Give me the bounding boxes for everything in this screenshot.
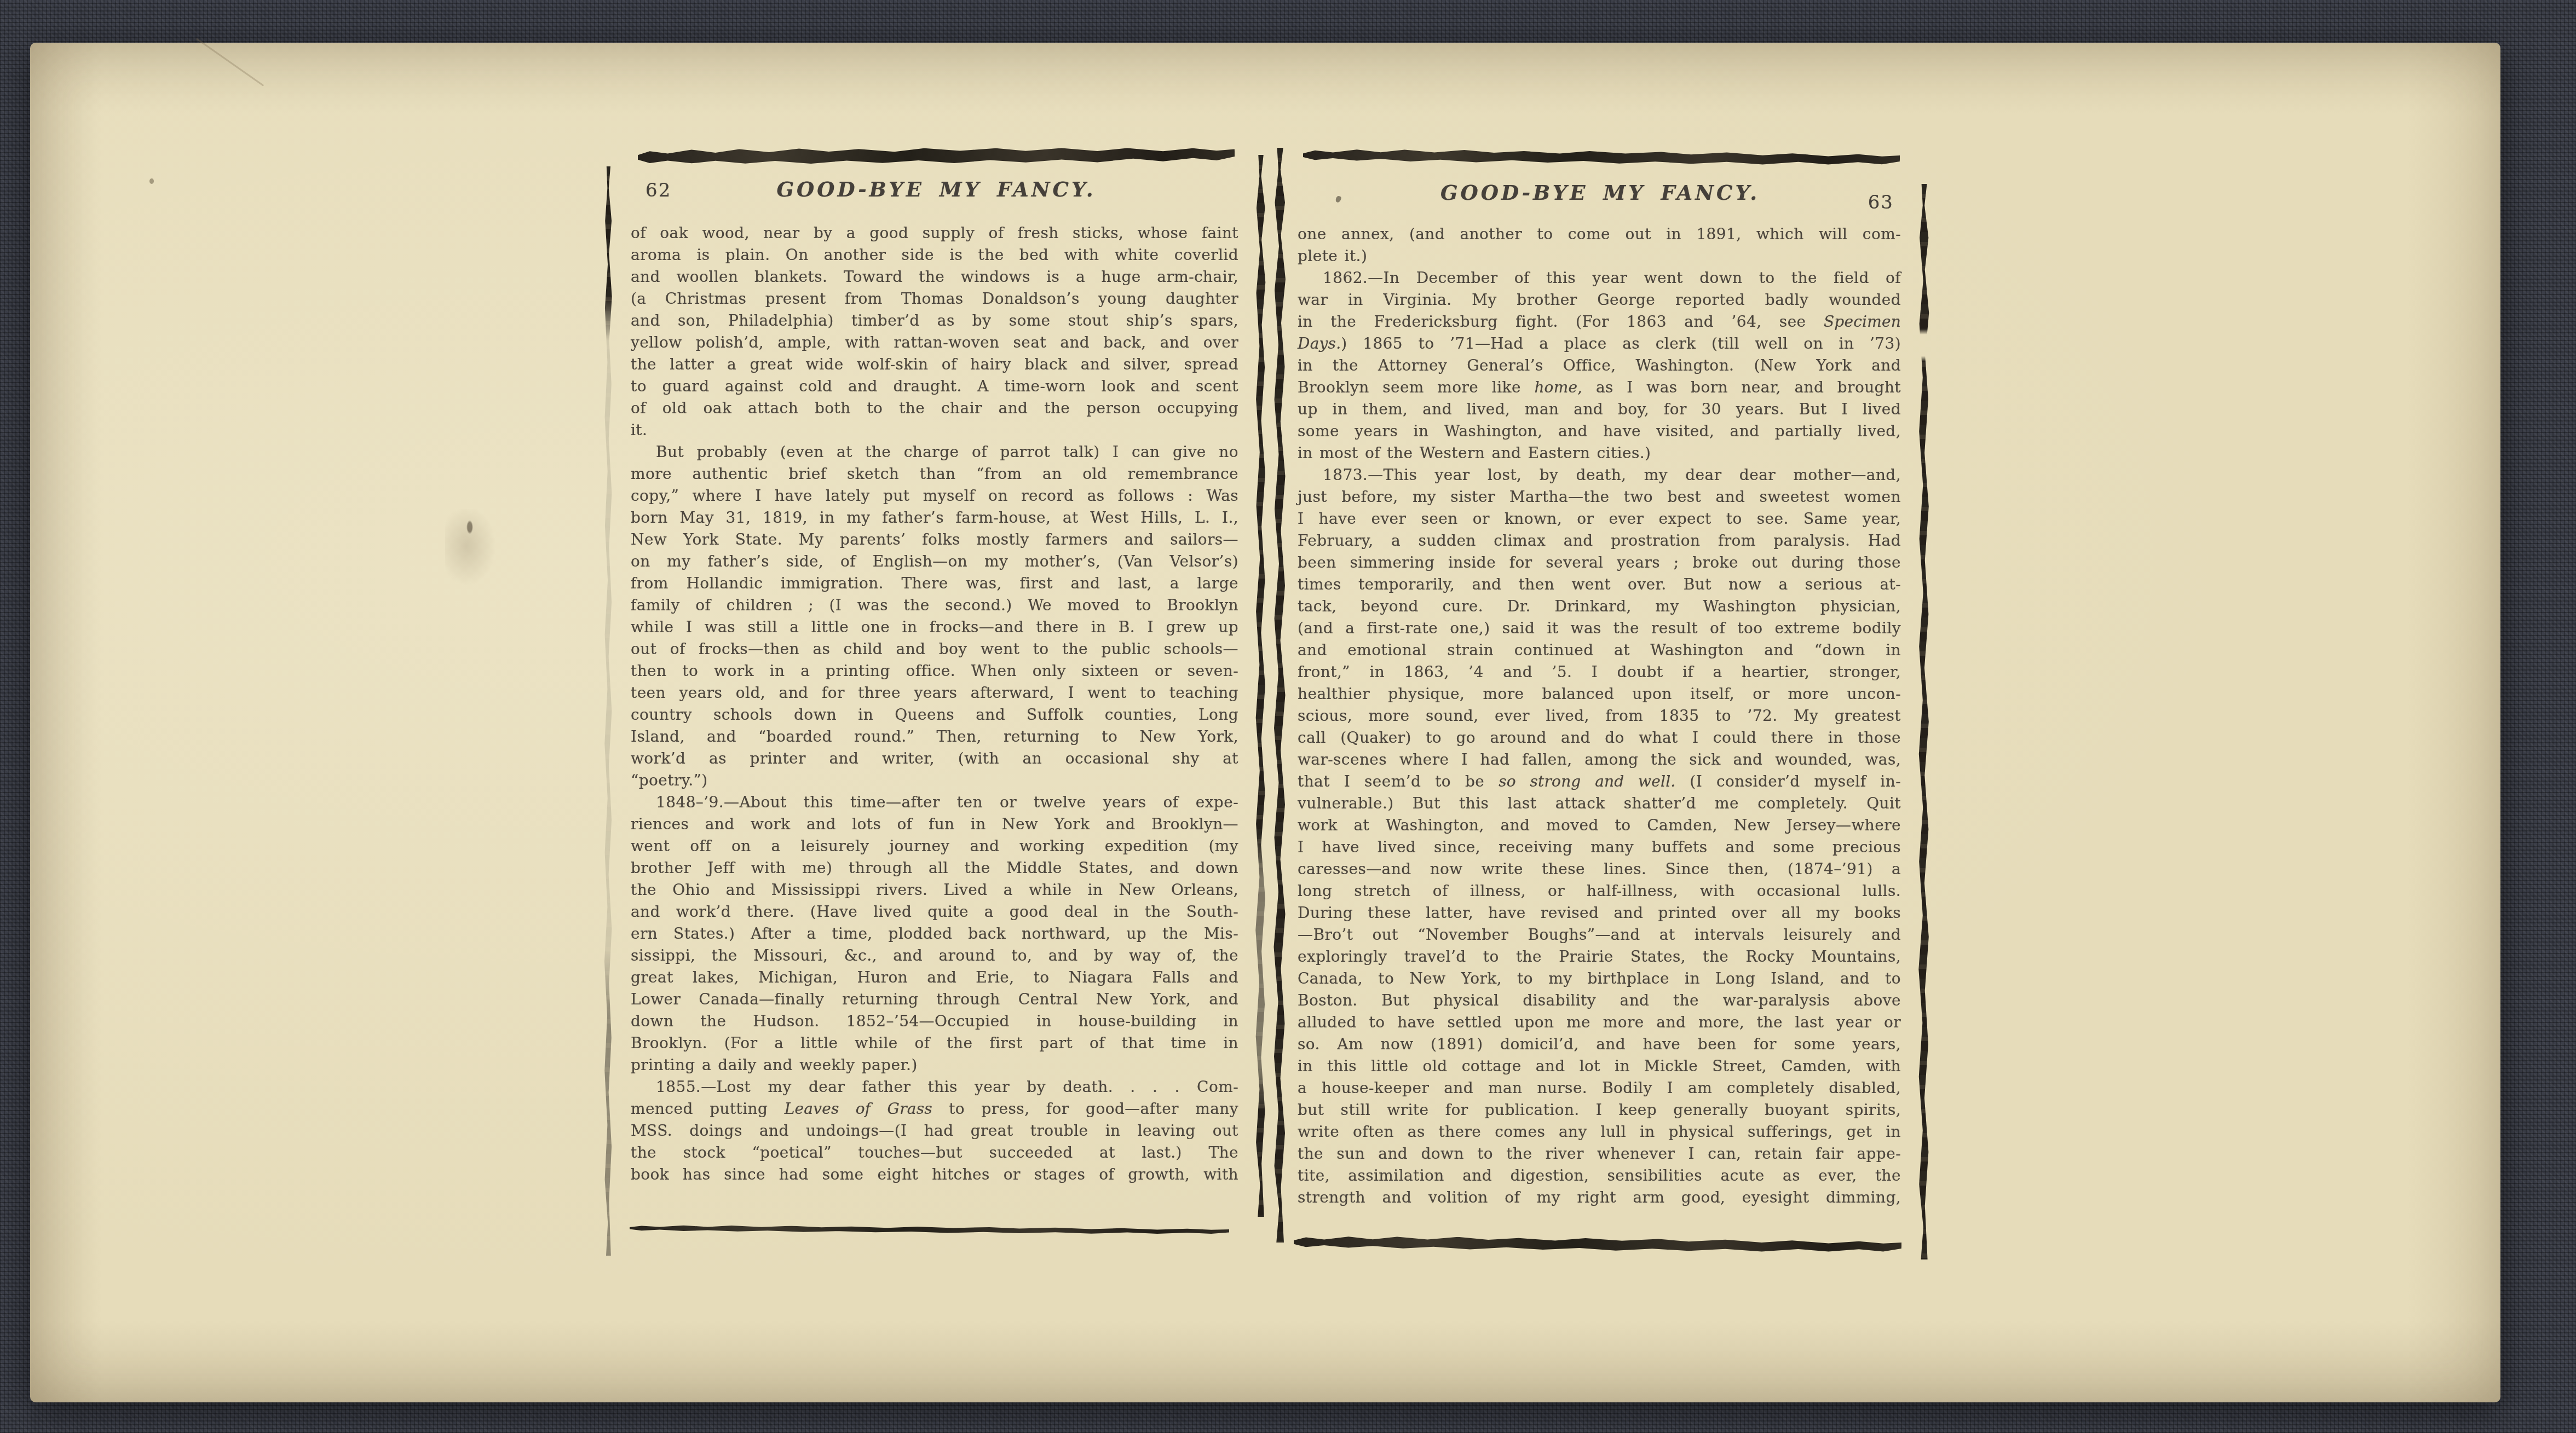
text-line: copy,” where I have lately put myself on… [631,485,1238,507]
text-line: I have lived since, receiving many buffe… [1298,836,1901,858]
text-line: times temporarily, and then went over. B… [1298,574,1901,596]
text-line: (a Christmas present from Thomas Donalds… [631,288,1238,310]
text-line: and work’d there. (Have lived quite a go… [631,901,1238,923]
text-line: Canada, to New York, to my birthplace in… [1298,968,1901,990]
right-page-header: GOOD-BYE MY FANCY. 63 [1303,181,1897,209]
text-line: down the Hudson. 1852–’54—Occupied in ho… [631,1010,1238,1032]
left-page-header: 62 GOOD-BYE MY FANCY. [638,177,1235,206]
running-title-left: GOOD-BYE MY FANCY. [638,177,1235,201]
text-line: front,” in 1863, ’4 and ’5. I doubt if a… [1298,661,1901,683]
text-line: tack, beyond cure. Dr. Drinkard, my Wash… [1298,596,1901,617]
text-line: I have ever seen or known, or ever expec… [1298,508,1901,530]
text-line: just before, my sister Martha—the two be… [1298,486,1901,508]
text-line: Days.) 1865 to ’71—Had a place as clerk … [1298,333,1901,355]
text-line: went off on a leisurely journey and work… [631,835,1238,857]
text-line: of old oak attach both to the chair and … [631,397,1238,419]
text-line: more authentic brief sketch than “from a… [631,463,1238,485]
text-line: up in them, and lived, man and boy, for … [1298,398,1901,420]
text-line: been simmering inside for several years … [1298,552,1901,574]
text-line: scious, more sound, ever lived, from 183… [1298,705,1901,727]
text-line: war-scenes where I had fallen, among the… [1298,749,1901,771]
text-line: one annex, (and another to come out in 1… [1298,223,1901,245]
bottom-rule-left [630,1224,1229,1235]
running-title-right: GOOD-BYE MY FANCY. [1303,181,1897,205]
text-line: while I was still a little one in frocks… [631,616,1238,638]
text-line: and woollen blankets. Toward the windows… [631,266,1238,288]
paper-dimple [445,509,500,591]
text-line: in this little old cottage and lot in Mi… [1298,1055,1901,1077]
text-line: great lakes, Michigan, Huron and Erie, t… [631,967,1238,989]
text-line: MSS. doings and undoings—(I had great tr… [631,1120,1238,1142]
text-line: some years in Washington, and have visit… [1298,420,1901,442]
page-number-left: 62 [646,180,671,201]
text-line: then to work in a printing office. When … [631,660,1238,682]
text-line: February, a sudden climax and prostratio… [1298,530,1901,552]
text-line: menced putting Leaves of Grass to press,… [631,1098,1238,1120]
text-line: 1848–’9.—About this time—after ten or tw… [631,791,1238,813]
ornamental-top-rule-right [1303,147,1900,167]
text-line: yellow polish’d, ample, with rattan-wove… [631,332,1238,354]
text-line: plete it.) [1298,245,1901,267]
text-line: in the Attorney General’s Office, Washin… [1298,355,1901,377]
text-line: Lower Canada—finally returning through C… [631,989,1238,1010]
text-line: write often as there comes any lull in p… [1298,1121,1901,1143]
text-line: New York State. My parents’ folks mostly… [631,529,1238,551]
text-line: in most of the Western and Eastern citie… [1298,442,1901,464]
text-line: vulnerable.) But this last attack shatte… [1298,793,1901,814]
ornamental-top-rule-left [638,146,1235,165]
bottom-rule-right [1294,1234,1901,1254]
text-line: of oak wood, near by a good supply of fr… [631,222,1238,244]
text-line: “poetry.”) [631,770,1238,791]
text-line: healthier physique, more balanced upon i… [1298,683,1901,705]
scanned-book-page: 62 GOOD-BYE MY FANCY. of oak wood, near … [30,43,2500,1402]
text-line: sissippi, the Missouri, &c., and around … [631,945,1238,967]
left-page-text: of oak wood, near by a good supply of fr… [631,222,1238,1186]
text-line: 1862.—In December of this year went down… [1298,267,1901,289]
text-line: work’d as printer and writer, (with an o… [631,748,1238,770]
text-line: a house-keeper and man nurse. Bodily I a… [1298,1077,1901,1099]
text-line: (and a first-rate one,) said it was the … [1298,617,1901,639]
text-line: family of children ; (I was the second.)… [631,594,1238,616]
text-line: work at Washington, and moved to Camden,… [1298,814,1901,836]
gutter-rule-outer [1273,148,1287,1243]
text-line: 1855.—Lost my dear father this year by d… [631,1076,1238,1098]
text-line: brother Jeff with me) through all the Mi… [631,857,1238,879]
text-line: tite, assimilation and digestion, sensib… [1298,1165,1901,1187]
text-line: printing a daily and weekly paper.) [631,1054,1238,1076]
text-line: Brooklyn seem more like home, as I was b… [1298,377,1901,398]
text-line: But probably (even at the charge of parr… [631,441,1238,463]
text-line: the Ohio and Mississippi rivers. Lived a… [631,879,1238,901]
text-line: and emotional strain continued at Washin… [1298,639,1901,661]
text-line: exploringly travel’d to the Prairie Stat… [1298,946,1901,968]
text-line: in the Fredericksburg fight. (For 1863 a… [1298,311,1901,333]
right-page-text: one annex, (and another to come out in 1… [1298,223,1901,1209]
scan-background: { "colors": { "background": "#3b3e48", "… [0,0,2576,1433]
text-line: country schools down in Queens and Suffo… [631,704,1238,726]
paper-fleck [149,178,154,184]
text-line: alluded to have settled upon me more and… [1298,1012,1901,1033]
text-line: caresses—and now write these lines. Sinc… [1298,858,1901,880]
text-line: call (Quaker) to go around and do what I… [1298,727,1901,749]
text-line: that I seem’d to be so strong and well. … [1298,771,1901,793]
gutter-rule-inner [1255,155,1266,1217]
text-line: so. Am now (1891) domicil’d, and have be… [1298,1033,1901,1055]
text-line: and son, Philadelphia) timber’d as by so… [631,310,1238,332]
text-line: During these latter, have revised and pr… [1298,902,1901,924]
text-line: the stock “poetical” touches—but succeed… [631,1142,1238,1164]
text-line: the sun and down to the river whenever I… [1298,1143,1901,1165]
text-line: war in Virginia. My brother George repor… [1298,289,1901,311]
text-line: Brooklyn. (For a little while of the fir… [631,1032,1238,1054]
left-page-left-border-rule [604,166,613,1256]
text-line: from Hollandic immigration. There was, f… [631,573,1238,594]
text-line: —Bro’t out “November Boughs”—and at inte… [1298,924,1901,946]
paper-crease [196,38,264,86]
right-page-right-border-rule [1918,184,1930,1259]
text-line: 1873.—This year lost, by death, my dear … [1298,464,1901,486]
text-line: long stretch of illness, or half-illness… [1298,880,1901,902]
text-line: ern States.) After a time, plodded back … [631,923,1238,945]
text-line: riences and work and lots of fun in New … [631,813,1238,835]
text-line: but still write for publication. I keep … [1298,1099,1901,1121]
text-line: Boston. But physical disability and the … [1298,990,1901,1012]
text-line: out of frocks—then as child and boy went… [631,638,1238,660]
text-line: the latter a great wide wolf-skin of hai… [631,354,1238,375]
text-line: strength and volition of my right arm go… [1298,1187,1901,1209]
text-line: on my father’s side, of English—on my mo… [631,551,1238,573]
page-number-right: 63 [1868,192,1894,213]
text-line: born May 31, 1819, in my father’s farm-h… [631,507,1238,529]
text-line: book has since had some eight hitches or… [631,1164,1238,1186]
text-line: to guard against cold and draught. A tim… [631,375,1238,397]
text-line: aroma is plain. On another side is the b… [631,244,1238,266]
text-line: teen years old, and for three years afte… [631,682,1238,704]
text-line: Island, and “boarded round.” Then, retur… [631,726,1238,748]
text-line: it. [631,419,1238,441]
